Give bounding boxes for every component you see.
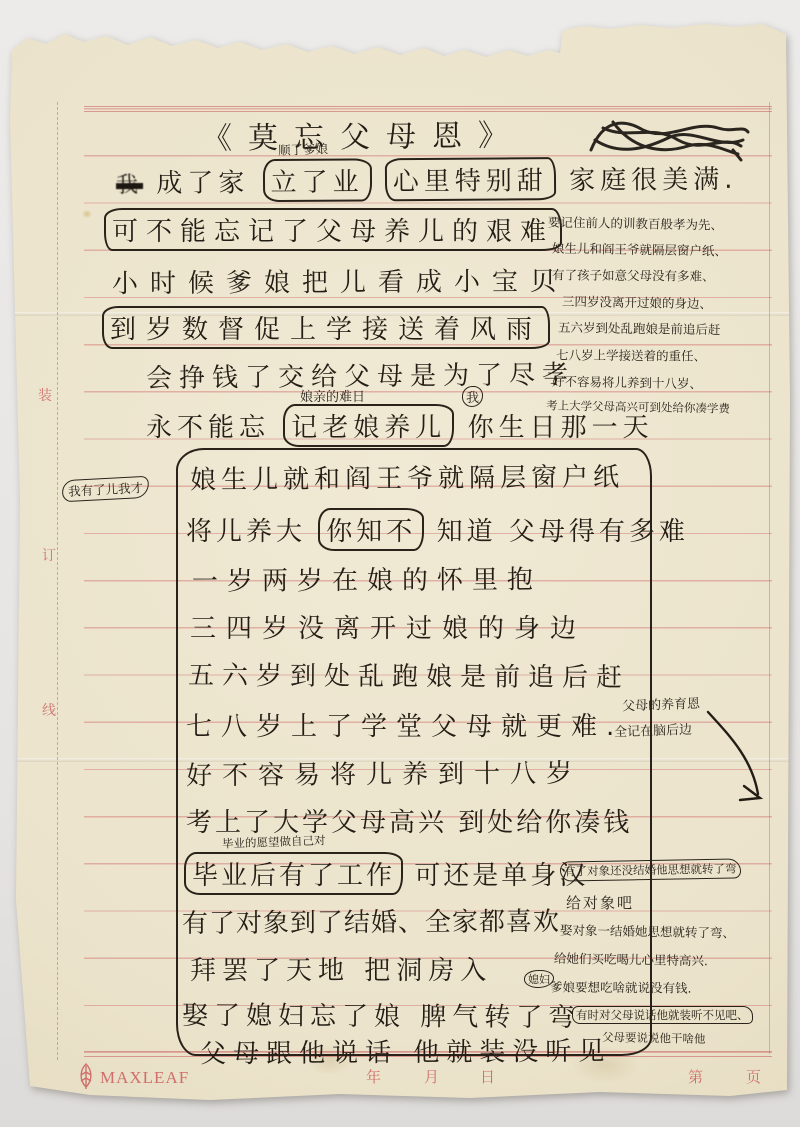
lyric-line-15: 毕业后有了工作 可还是单身汉 [184, 852, 588, 895]
binding-char-ding: 订 [42, 545, 56, 565]
lyric-segment: 知道 父母得有多难 [437, 517, 689, 547]
lyric-line-3: 小时候爹娘把儿看成小宝贝 [112, 261, 568, 300]
boxed-phrase: 立了业 [262, 158, 371, 202]
circled-note: 媳妇 [524, 970, 554, 988]
lyric-segment: 成了家 [156, 168, 249, 199]
circled-phrase: 心里特别甜 [385, 157, 556, 201]
margin-note-rm-1: 父母的养育恩 [622, 693, 701, 715]
lyric-line-12: 七八岁上了学堂父母就更难. [186, 706, 623, 743]
paper-photo: 装 订 线 《莫忘父母恩》 我 成了家 立了业 心里特别甜 家庭很美满. 顺了爹… [0, 0, 800, 1127]
lyric-line-8: 将儿养大 你知不 知道 父母得有多难 [186, 508, 689, 551]
photo-background: { "title": "《莫忘父母恩》", "lyrics": [ {"scra… [0, 0, 800, 1127]
lyric-line-11: 五六岁到处乱跑娘是前追后赶 [188, 655, 630, 694]
boxed-phrase: 记老娘养儿 [283, 404, 454, 447]
lyric-line-10: 三四岁没离开过娘的身边 [190, 608, 586, 645]
lyric-line-18: 娶了媳妇忘了娘 脾气转了弯 [182, 995, 580, 1034]
margin-note-rt-2: 娘生儿和阎王爷就隔层窗户纸、 [552, 238, 727, 259]
boxed-phrase: 到岁数督促上学接送着风雨 [102, 306, 550, 349]
lyric-line-14: 考上了大学父母高兴 到处给你凑钱 [186, 802, 632, 839]
lyric-segment: 你生日那一天 [468, 413, 654, 443]
margin-note-rb-5: 爹娘要想吃啥就说没有钱. [550, 977, 692, 996]
boxed-phrase: 毕业后有了工作 [184, 852, 403, 895]
page-title: 《莫忘父母恩》 [202, 110, 524, 157]
lyric-segment: 永不能忘 [146, 413, 270, 443]
margin-note-rt-3: 有了孩子如意父母没有多难、 [552, 265, 715, 284]
margin-note-rt-6: 七八岁上学接送着的重任、 [556, 345, 706, 364]
paper-sheet: 装 订 线 《莫忘父母恩》 我 成了家 立了业 心里特别甜 家庭很美满. 顺了爹… [0, 0, 800, 1127]
lyric-segment: 将儿养大 [186, 517, 306, 547]
binding-char-zhuang: 装 [38, 385, 52, 405]
footer-day-label: 日 [480, 1066, 495, 1087]
lyric-line-9: 一岁两岁在娘的怀里抱 [192, 559, 542, 598]
binding-line [57, 102, 58, 1060]
interline-note-6: 娘亲的难日 [300, 386, 365, 405]
lyric-line-19: 父母跟他说话 他就装没听见 [200, 1031, 612, 1071]
left-margin-note: 我有了儿我才 [61, 476, 149, 503]
lyric-line-13: 好不容易将儿养到十八岁 [186, 753, 582, 793]
arrow-down-icon [690, 706, 780, 811]
circled-mark: 我 [462, 386, 483, 407]
lyric-line-7: 娘生儿就和阎王爷就隔层窗户纸 [190, 456, 624, 496]
footer-page-prefix: 第 [688, 1066, 703, 1087]
maxleaf-leaf-logo-icon [76, 1062, 96, 1090]
scratched-word: 我 [116, 168, 143, 199]
margin-note-rb-6: 有时对父母说话他就装听不见吧、 [572, 1006, 753, 1024]
margin-note-rb-4: 给她们买吃喝儿心里特高兴. [554, 949, 708, 970]
right-margin-line [769, 102, 770, 1054]
footer-year-label: 年 [366, 1066, 381, 1087]
lyric-segment: 家庭很美满. [569, 165, 737, 196]
margin-note-rt-4: 三四岁没离开过娘的身边、 [562, 292, 712, 313]
margin-note-rt-5: 五六岁到处乱跑娘是前追后赶 [558, 318, 721, 338]
margin-note-rt-7: 好不容易将儿养到十八岁、 [552, 372, 702, 393]
lyric-line-1: 我 成了家 立了业 心里特别甜 家庭很美满. [116, 156, 738, 203]
footer-page-suffix: 页 [746, 1066, 761, 1087]
footer-month-label: 月 [424, 1066, 439, 1087]
footer-brand: MAXLEAF [100, 1068, 189, 1088]
boxed-phrase: 可不能忘记了父母养儿的艰难 [104, 208, 562, 251]
margin-note-rb-2: 给对象吧 [566, 892, 634, 913]
margin-note-rb-1: 有了对象还没结婚他思想就转了弯 [560, 858, 741, 881]
boxed-phrase: 你知不 [318, 508, 424, 551]
margin-note-rt-8: 考上大学父母高兴可到处给你凑学费 [546, 397, 730, 416]
margin-note-rm-2: 全记在脑后边 [614, 719, 693, 741]
lyric-line-17: 拜罢了天地 把洞房入 [190, 950, 492, 987]
binding-char-xian: 线 [42, 700, 56, 720]
interline-note-1: 顺了爹娘 [278, 139, 329, 159]
margin-note-rb-3: 娶对象一结婚她思想就转了弯、 [560, 920, 735, 941]
top-rule [84, 106, 772, 107]
lyric-line-2: 可不能忘记了父母养儿的艰难 [104, 208, 562, 251]
lyric-line-16: 有了对象到了结婚、全家都喜欢 [182, 901, 560, 940]
lyric-line-4: 到岁数督促上学接送着风雨 [102, 306, 550, 349]
margin-note-rb-7: 父母要说说他干啥他 [602, 1029, 706, 1047]
margin-note-rt-1: 要记住前人的训教百般孝为先、 [548, 212, 723, 233]
